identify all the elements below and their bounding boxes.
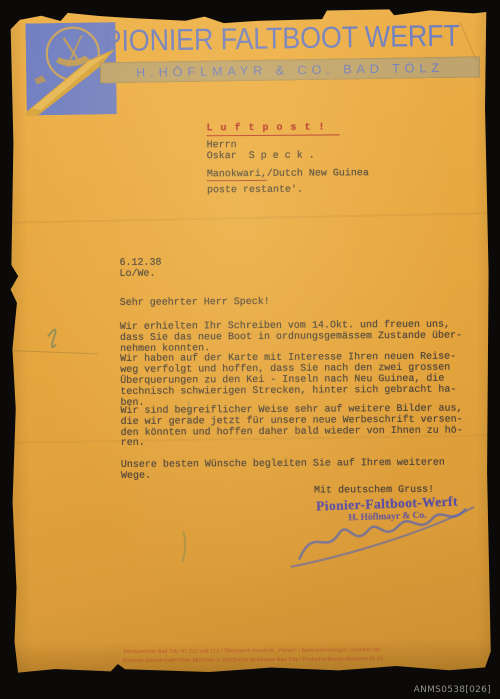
poste-restante-line: poste restante'. bbox=[207, 186, 369, 198]
recipient-name: Herrn Oskar S p e c k . bbox=[207, 140, 369, 163]
recipient-country: /Dutch New Guinea bbox=[267, 168, 369, 180]
luftpost-label: L u f t p o s t ! bbox=[206, 122, 339, 136]
date-reference-block: 6.12.38Lo/We. bbox=[119, 259, 161, 281]
company-subtitle-banner: H.HÖFLMAYR & CO. BAD TÖLZ bbox=[100, 56, 480, 83]
handwritten-ink-signature bbox=[281, 495, 482, 576]
recipient-city-line: Manokwari,/Dutch New Guinea bbox=[207, 169, 369, 181]
scan-background: PIONIER FALTBOOT WERFT H.HÖFLMAYR & CO. … bbox=[0, 0, 500, 699]
body-paragraph-1: Wir erhielten Ihr Schreiben vom 14.Okt. … bbox=[120, 321, 463, 410]
body-paragraph-2: Wir sind begreiflicher Weise sehr auf we… bbox=[120, 405, 462, 451]
catalog-number: ANMS0538[026] bbox=[414, 685, 491, 695]
letterhead: PIONIER FALTBOOT WERFT H.HÖFLMAYR & CO. … bbox=[7, 5, 489, 133]
recipient-city: Manokwari, bbox=[207, 168, 267, 181]
salutation: Sehr geehrter Herr Speck! bbox=[120, 298, 270, 310]
letter-paper: PIONIER FALTBOOT WERFT H.HÖFLMAYR & CO. … bbox=[8, 7, 493, 674]
letter-reference: Lo/We. bbox=[119, 268, 155, 279]
footer-line-1-text: Fernsprecher Bad Tölz Nr. 212 und 213 / … bbox=[124, 647, 381, 655]
company-subtitle: H.HÖFLMAYR & CO. BAD TÖLZ bbox=[136, 60, 444, 79]
footer-imprint: Fernsprecher Bad Tölz Nr. 212 und 213 / … bbox=[12, 644, 492, 665]
letter-date: 6.12.38 bbox=[119, 258, 161, 269]
footer-line-2-text: Disconto-Gesellschaft Filiale München u.… bbox=[122, 656, 382, 664]
recipient-address-block: L u f t p o s t ! Herrn Oskar S p e c k … bbox=[206, 116, 369, 197]
company-name: PIONIER FALTBOOT WERFT bbox=[103, 19, 460, 59]
body-paragraph-3: Unsere besten Wünsche begleiten Sie auf … bbox=[121, 459, 445, 483]
